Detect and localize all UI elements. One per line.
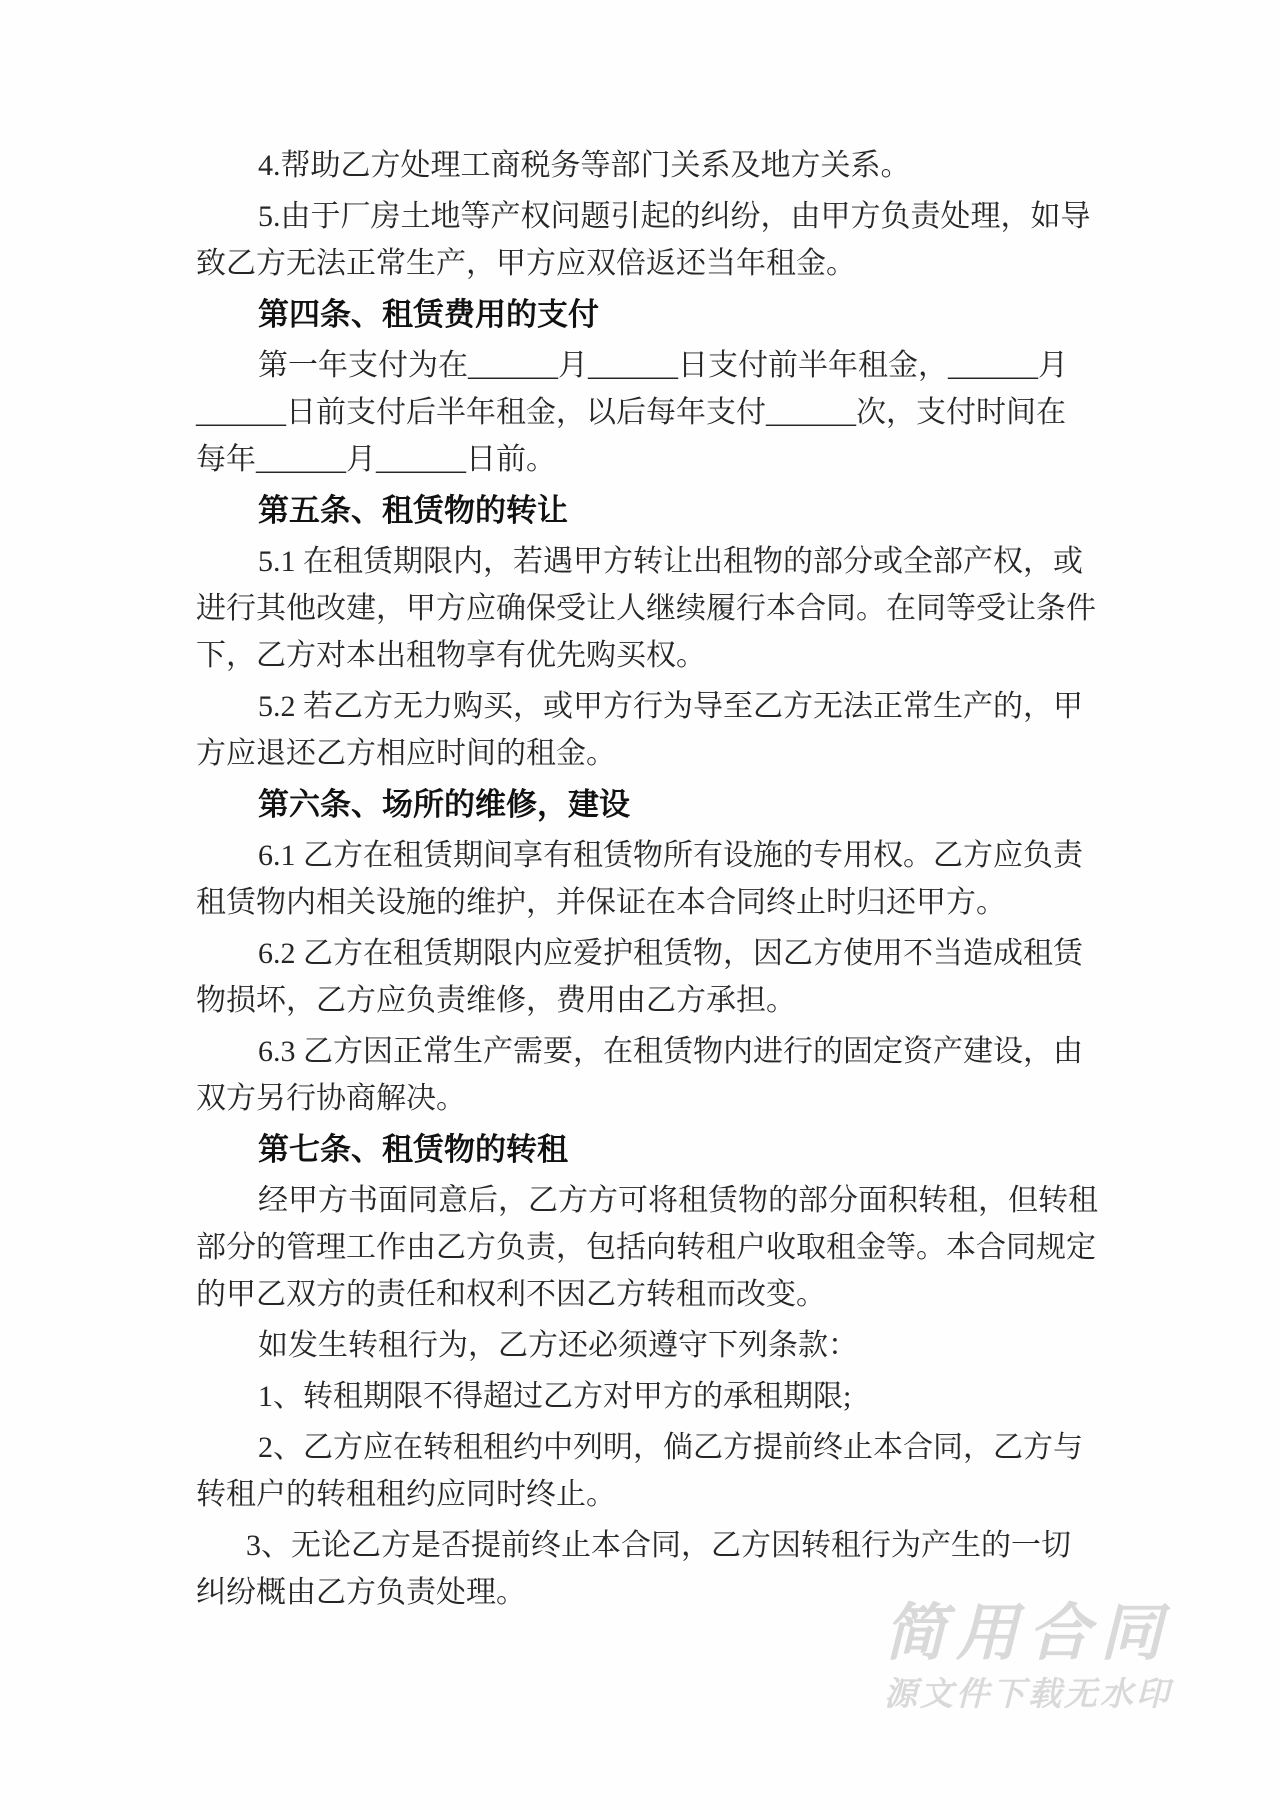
text-line: 6.2 乙方在租赁期限内应爱护租赁物，因乙方使用不当造成租赁 [196, 930, 1186, 977]
text-line: 经甲方书面同意后，乙方方可将租赁物的部分面积转租，但转租 [196, 1177, 1186, 1224]
text-line: 方应退还乙方相应时间的租金。 [196, 730, 1186, 777]
text-line: 6.3 乙方因正常生产需要，在租赁物内进行的固定资产建设，由 [196, 1028, 1186, 1075]
text-line: 物损坏，乙方应负责维修，费用由乙方承担。 [196, 977, 1186, 1024]
document-lines: 4.帮助乙方处理工商税务等部门关系及地方关系。5.由于厂房土地等产权问题引起的纠… [196, 142, 1186, 1616]
section-heading: 第七条、租赁物的转租 [196, 1126, 1186, 1173]
text-line: 如发生转租行为，乙方还必须遵守下列条款： [196, 1322, 1186, 1369]
contract-page: 4.帮助乙方处理工商税务等部门关系及地方关系。5.由于厂房土地等产权问题引起的纠… [0, 0, 1280, 1810]
section-heading: 第六条、场所的维修，建设 [196, 781, 1186, 828]
text-line: 3、无论乙方是否提前终止本合同，乙方因转租行为产生的一切 [196, 1522, 1186, 1569]
text-line: 的甲乙双方的责任和权利不因乙方转租而改变。 [196, 1271, 1186, 1318]
watermark-subtitle: 源文件下载无水印 [884, 1677, 1172, 1710]
text-line: 转租户的转租租约应同时终止。 [196, 1471, 1186, 1518]
section-heading: 第五条、租赁物的转让 [196, 487, 1186, 534]
text-line: 双方另行协商解决。 [196, 1075, 1186, 1122]
section-heading: 第四条、租赁费用的支付 [196, 291, 1186, 338]
text-line: 第一年支付为在______月______日支付前半年租金，______月 [196, 342, 1186, 389]
text-line: 4.帮助乙方处理工商税务等部门关系及地方关系。 [196, 142, 1186, 189]
text-line: 5.由于厂房土地等产权问题引起的纠纷，由甲方负责处理，如导 [196, 193, 1186, 240]
text-line: 下，乙方对本出租物享有优先购买权。 [196, 632, 1186, 679]
text-line: 进行其他改建，甲方应确保受让人继续履行本合同。在同等受让条件 [196, 585, 1186, 632]
text-line: ______日前支付后半年租金，以后每年支付______次，支付时间在 [196, 389, 1186, 436]
text-line: 租赁物内相关设施的维护，并保证在本合同终止时归还甲方。 [196, 879, 1186, 926]
text-line: 每年______月______日前。 [196, 436, 1186, 483]
watermark-title: 简用合同 [884, 1603, 1172, 1665]
text-line: 致乙方无法正常生产，甲方应双倍返还当年租金。 [196, 240, 1186, 287]
watermark: 简用合同 源文件下载无水印 [884, 1603, 1172, 1710]
text-line: 1、转租期限不得超过乙方对甲方的承租期限; [196, 1373, 1186, 1420]
text-line: 部分的管理工作由乙方负责，包括向转租户收取租金等。本合同规定 [196, 1224, 1186, 1271]
text-line: 2、乙方应在转租租约中列明，倘乙方提前终止本合同，乙方与 [196, 1424, 1186, 1471]
text-line: 5.2 若乙方无力购买，或甲方行为导至乙方无法正常生产的，甲 [196, 683, 1186, 730]
text-line: 6.1 乙方在租赁期间享有租赁物所有设施的专用权。乙方应负责 [196, 832, 1186, 879]
text-line: 5.1 在租赁期限内，若遇甲方转让出租物的部分或全部产权，或 [196, 538, 1186, 585]
